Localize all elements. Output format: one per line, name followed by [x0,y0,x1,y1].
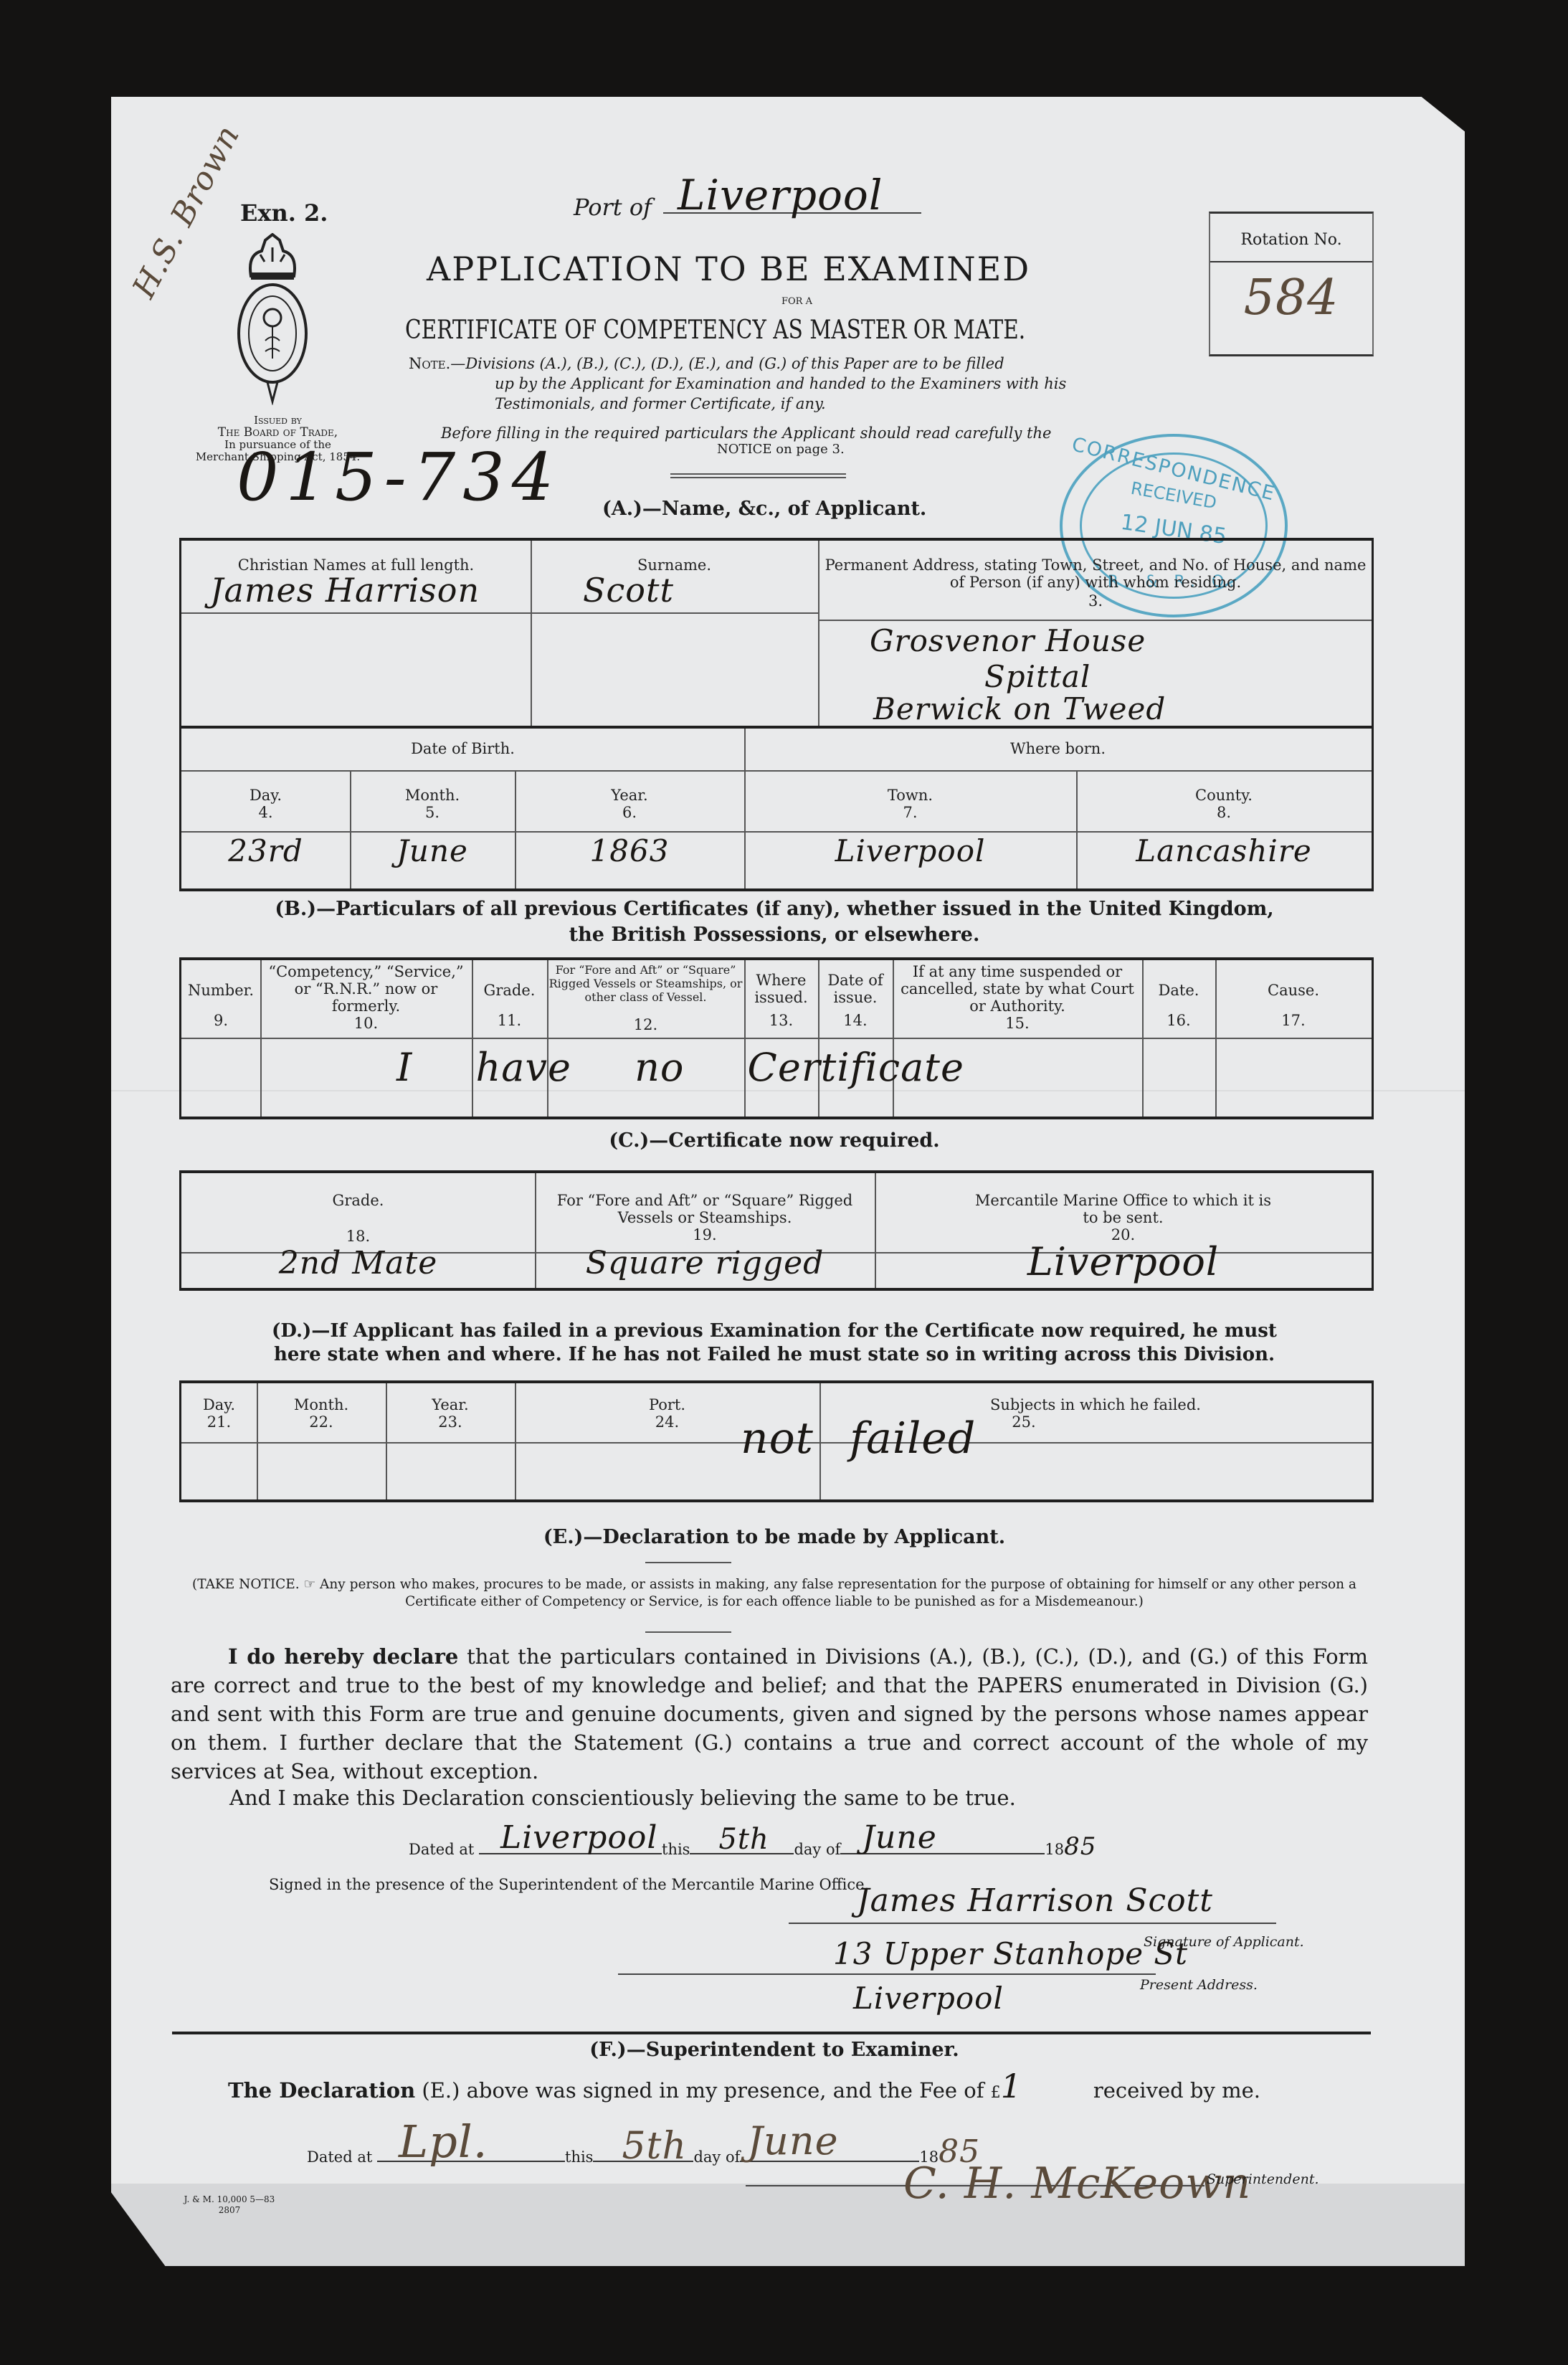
year-value: 85 [1064,1832,1096,1861]
divider [645,1631,731,1633]
section-prefix: (E.) [543,1526,584,1548]
dated-at-label: Dated at [409,1841,474,1858]
signature-line [789,1923,1276,1924]
surname-value: Scott [583,571,674,610]
surname-label: Surname. [531,556,818,574]
section-title: here state when and where. If he has not… [179,1343,1369,1367]
d-col-month: Month.22. [257,1396,386,1431]
fee-value: 1 [1001,2067,1087,2105]
section-c-heading: (C.)—Certificate now required. [179,1129,1369,1152]
present-address-line2: Liverpool [853,1981,1004,2016]
section-b-heading: (B.)—Particulars of all previous Certifi… [179,896,1369,948]
b-col-grade: Grade.11. [472,982,547,1029]
e-dated-line: Dated at Liverpoolthis5thday ofJune1885 [409,1832,1096,1861]
address-line: Grosvenor House [870,623,1146,658]
where-born-label: Where born. [744,740,1372,757]
divider [670,473,846,478]
note-block: Note.—Divisions (A.), (B.), (C.), (D.), … [409,354,1161,414]
c-office-value: Liverpool [875,1239,1372,1284]
note-text: up by the Applicant for Examination and … [495,375,1066,392]
notice-page: NOTICE on page 3. [717,442,845,457]
dob-day-header: Day.4. [181,787,350,821]
christian-names-value: James Harrison [210,571,480,610]
for-a: FOR A [781,296,812,307]
form-code: Exn. 2. [240,199,328,227]
dob-month-header: Month.5. [350,787,515,821]
reference-number: 015-734 [237,439,561,516]
section-prefix: (B.) [275,898,316,920]
section-c-table: Grade.18. For “Fore and Aft” or “Square”… [179,1170,1374,1291]
f-declaration-lead: The Declaration [228,2078,415,2103]
c-col-grade: Grade.18. [181,1192,535,1245]
section-title: —Name, &c., of Applicant. [642,498,926,520]
b-col-suspended: If at any time suspended or cancelled, s… [893,963,1142,1032]
section-title: —If Applicant has failed in a previous E… [311,1320,1277,1342]
applicant-signature: James Harrison Scott [857,1882,1213,1919]
form-subtitle: CERTIFICATE OF COMPETENCY AS MASTER OR M… [405,316,1087,345]
section-title: —Particulars of all previous Certificate… [316,898,1274,920]
f-dated-line: Dated at Lpl.this5thday ofJune1885 [307,2133,980,2170]
declaration-lead: I do hereby declare [228,1644,458,1669]
printer-line: J. & M. 10,000 5—83 [172,2194,287,2205]
printer-imprint: J. & M. 10,000 5—83 2807 [172,2194,287,2216]
port-label: Port of [574,194,652,221]
dated-at-value: Lpl. [399,2115,488,2168]
section-f-heading: (F.)—Superintendent to Examiner. [179,2039,1369,2061]
address-label: Permanent Address, stating Town, Street,… [823,556,1368,591]
dated-at-value: Liverpool [500,1819,657,1856]
address-line: Berwick on Tweed [873,691,1166,726]
superintendent-signature: C. H. McKeown [903,2158,1251,2209]
c-col-office: Mercantile Marine Office to which it is … [875,1192,1372,1243]
b-col-where-issued: Where issued.13. [744,972,818,1029]
f-declaration-line: The Declaration (E.) above was signed in… [228,2067,1368,2105]
section-title: —Superintendent to Examiner. [627,2039,959,2061]
section-e-heading: (E.)—Declaration to be made by Applicant… [179,1526,1369,1548]
note-text: Testimonials, and former Certificate, if… [495,395,826,412]
d-col-day: Day.21. [181,1396,257,1431]
b-col-competency: “Competency,” “Service,” or “R.N.R.” now… [260,963,472,1032]
rotation-label: Rotation No. [1210,214,1372,262]
take-notice: (TAKE NOTICE. ☞ Any person who makes, pr… [172,1576,1377,1611]
address-num: 3. [823,592,1368,610]
this-label: this [662,1841,690,1858]
signed-presence-text: Signed in the presence of the Superinten… [269,1876,869,1893]
fee-currency: £ [991,2084,1001,2102]
day-value: 5th [718,1823,769,1856]
dob-label: Date of Birth. [181,740,744,757]
rotation-value: 584 [1210,262,1372,326]
born-town-value: Liverpool [744,833,1076,868]
b-col-date: Date.16. [1142,982,1215,1029]
issued-by-line: The Board of Trade, [190,427,366,439]
section-prefix: (D.) [272,1320,311,1342]
b-col-cause: Cause.17. [1215,982,1372,1029]
c-vessel-value: Square rigged [535,1245,875,1281]
declaration-paragraph: I do hereby declare that the particulars… [171,1642,1368,1786]
folded-flap [111,2184,1465,2266]
section-a-table: Christian Names at full length. Surname.… [179,538,1374,891]
section-a-heading: (A.)—Name, &c., of Applicant. [602,498,926,520]
dob-year-value: 1863 [515,833,744,868]
present-address-label: Present Address. [1140,1977,1258,1993]
section-d-table: Day.21. Month.22. Year.23. Port.24. Subj… [179,1380,1374,1502]
section-prefix: (F.) [589,2039,626,2061]
address-line: Spittal [984,659,1091,694]
b-col-vessel-type: For “Fore and Aft” or “Square” Rigged Ve… [547,963,744,1032]
received-text: received by me. [1093,2078,1260,2103]
conscientious-line: And I make this Declaration conscientiou… [229,1786,1016,1810]
b-handwritten-entry: I have no Certificate [396,1045,964,1090]
superintendent-label: Superintendent. [1207,2171,1319,2187]
section-title: —Certificate now required. [649,1129,939,1152]
note-label: Note.— [409,355,465,372]
section-b-table: Number.9. “Competency,” “Service,” or “R… [179,957,1374,1119]
rotation-box: Rotation No. 584 [1209,212,1374,356]
born-county-header: County.8. [1076,787,1372,821]
present-address-line1: 13 Upper Stanhope St [833,1936,1188,1971]
dob-month-value: June [350,833,515,868]
day-of-label: day of [794,1841,840,1858]
d-col-year: Year.23. [386,1396,515,1431]
born-town-header: Town.7. [744,787,1076,821]
day-of-label: day of [693,2148,740,2166]
section-d-heading: (D.)—If Applicant has failed in a previo… [179,1319,1369,1367]
section-title: the British Possessions, or elsewhere. [179,922,1369,948]
b-col-date-issue: Date of issue.14. [818,972,893,1029]
day-value: 5th [622,2125,686,2168]
board-of-trade-crest-icon [233,233,312,405]
address-line [618,1973,1156,1975]
this-label: this [565,2148,593,2166]
d-handwritten-entry: not failed [741,1413,976,1464]
form-title: APPLICATION TO BE EXAMINED [427,250,1030,288]
year-prefix: 18 [1045,1841,1064,1858]
divider [645,1562,731,1563]
c-grade-value: 2nd Mate [181,1245,535,1281]
c-col-vessel-type: For “Fore and Aft” or “Square” Rigged Ve… [535,1192,875,1243]
section-divider [172,2032,1371,2034]
port-value: Liverpool [678,171,883,219]
dob-day-value: 23rd [181,833,350,868]
section-prefix: (C.) [609,1129,649,1152]
note-text: Divisions (A.), (B.), (C.), (D.), (E.), … [465,355,1004,372]
b-col-number: Number.9. [181,982,260,1029]
dob-year-header: Year.6. [515,787,744,821]
section-title: —Declaration to be made by Applicant. [583,1526,1005,1548]
born-county-value: Lancashire [1076,833,1372,868]
month-value: June [747,2118,838,2163]
month-value: June [862,1819,936,1856]
section-prefix: (A.) [602,498,642,520]
dated-at-label: Dated at [307,2148,372,2166]
f-declaration-text: (E.) above was signed in my presence, an… [422,2078,984,2103]
printer-line: 2807 [172,2205,287,2216]
